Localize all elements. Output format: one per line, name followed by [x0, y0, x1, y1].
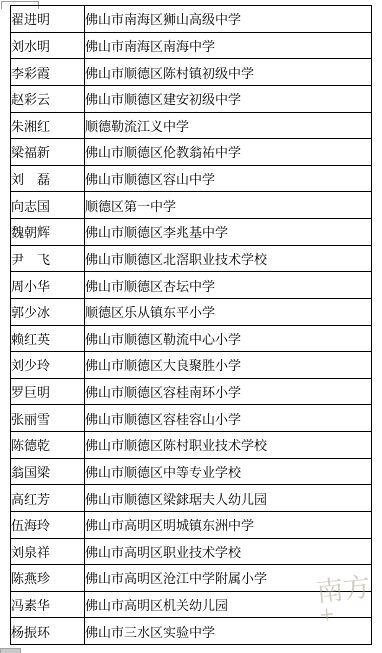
teacher-name-cell: 伍海玲	[11, 511, 85, 538]
table-row: 尹 飞佛山市顺德区北滘职业技术学校	[11, 245, 372, 272]
school-name-cell: 顺德区第一中学	[85, 192, 372, 219]
table-row: 翟进明佛山市南海区狮山高级中学	[11, 6, 372, 33]
table-row: 李彩霞佛山市顺德区陈村镇初级中学	[11, 59, 372, 86]
table-row: 魏朝辉佛山市顺德区李兆基中学	[11, 219, 372, 246]
teacher-name-cell: 朱湘红	[11, 112, 85, 139]
teacher-name-cell: 向志国	[11, 192, 85, 219]
teacher-name-cell: 赵彩云	[11, 85, 85, 112]
school-name-cell: 佛山市高明区明城镇东洲中学	[85, 511, 372, 538]
teacher-name-cell: 陈德乾	[11, 432, 85, 459]
table-row: 高红芳佛山市顺德区梁銶琚夫人幼儿园	[11, 485, 372, 512]
teacher-name-cell: 魏朝辉	[11, 219, 85, 246]
teacher-name-cell: 罗巨明	[11, 378, 85, 405]
school-name-cell: 佛山市顺德区伦教翁祐中学	[85, 139, 372, 166]
school-name-cell: 佛山市顺德区勒流中心小学	[85, 325, 372, 352]
teacher-name-cell: 翁国梁	[11, 458, 85, 485]
school-name-cell: 顺德勒流江义中学	[85, 112, 372, 139]
table-row: 杨振环佛山市三水区实验中学	[11, 618, 372, 645]
teacher-name-cell: 李彩霞	[11, 59, 85, 86]
table-row: 陈燕珍佛山市高明区沧江中学附属小学	[11, 565, 372, 592]
teacher-name-cell: 梁福新	[11, 139, 85, 166]
teacher-name-cell: 郭少冰	[11, 298, 85, 325]
teacher-name-cell: 刘水明	[11, 32, 85, 59]
table-row: 向志国顺德区第一中学	[11, 192, 372, 219]
teacher-name-cell: 高红芳	[11, 485, 85, 512]
table-row: 周小华佛山市顺德区杏坛中学	[11, 272, 372, 299]
teacher-name-cell: 刘少玲	[11, 352, 85, 379]
teacher-name-cell: 刘 磊	[11, 165, 85, 192]
teacher-name-cell: 刘泉祥	[11, 538, 85, 565]
school-name-cell: 顺德区乐从镇东平小学	[85, 298, 372, 325]
teacher-name-cell: 尹 飞	[11, 245, 85, 272]
school-name-cell: 佛山市高明区职业技术学校	[85, 538, 372, 565]
school-name-cell: 佛山市三水区实验中学	[85, 618, 372, 645]
teacher-name-cell: 杨振环	[11, 618, 85, 645]
teacher-name-cell: 陈燕珍	[11, 565, 85, 592]
school-name-cell: 佛山市顺德区北滘职业技术学校	[85, 245, 372, 272]
school-name-cell: 佛山市顺德区杏坛中学	[85, 272, 372, 299]
school-name-cell: 佛山市顺德区陈村职业技术学校	[85, 432, 372, 459]
school-name-cell: 佛山市高明区沧江中学附属小学	[85, 565, 372, 592]
teacher-name-cell: 赖红英	[11, 325, 85, 352]
teacher-name-cell: 冯素华	[11, 591, 85, 618]
table-row: 伍海玲佛山市高明区明城镇东洲中学	[11, 511, 372, 538]
table-row: 刘少玲佛山市顺德区大良聚胜小学	[11, 352, 372, 379]
school-name-cell: 佛山市南海区南海中学	[85, 32, 372, 59]
table-row: 刘水明佛山市南海区南海中学	[11, 32, 372, 59]
table-row: 罗巨明佛山市顺德区容桂南环小学	[11, 378, 372, 405]
table-row: 刘 磊佛山市顺德区容山中学	[11, 165, 372, 192]
screenshot-canvas: 翟进明佛山市南海区狮山高级中学刘水明佛山市南海区南海中学李彩霞佛山市顺德区陈村镇…	[0, 0, 382, 653]
school-name-cell: 佛山市顺德区梁銶琚夫人幼儿园	[85, 485, 372, 512]
school-name-cell: 佛山市高明区机关幼儿园	[85, 591, 372, 618]
school-name-cell: 佛山市顺德区容山中学	[85, 165, 372, 192]
cropped-fragment-bottom	[0, 648, 21, 653]
teacher-school-table: 翟进明佛山市南海区狮山高级中学刘水明佛山市南海区南海中学李彩霞佛山市顺德区陈村镇…	[10, 5, 372, 645]
school-name-cell: 佛山市顺德区中等专业学校	[85, 458, 372, 485]
school-name-cell: 佛山市顺德区容桂容山小学	[85, 405, 372, 432]
table-row: 郭少冰顺德区乐从镇东平小学	[11, 298, 372, 325]
table-row: 张丽雪佛山市顺德区容桂容山小学	[11, 405, 372, 432]
table-row: 朱湘红顺德勒流江义中学	[11, 112, 372, 139]
teacher-name-cell: 周小华	[11, 272, 85, 299]
table-row: 翁国梁佛山市顺德区中等专业学校	[11, 458, 372, 485]
school-name-cell: 佛山市南海区狮山高级中学	[85, 6, 372, 33]
teacher-name-cell: 张丽雪	[11, 405, 85, 432]
table-row: 刘泉祥佛山市高明区职业技术学校	[11, 538, 372, 565]
table-row: 梁福新佛山市顺德区伦教翁祐中学	[11, 139, 372, 166]
school-name-cell: 佛山市顺德区李兆基中学	[85, 219, 372, 246]
teacher-name-cell: 翟进明	[11, 6, 85, 33]
table-row: 冯素华佛山市高明区机关幼儿园	[11, 591, 372, 618]
school-name-cell: 佛山市顺德区大良聚胜小学	[85, 352, 372, 379]
table-row: 赵彩云佛山市顺德区建安初级中学	[11, 85, 372, 112]
school-name-cell: 佛山市顺德区陈村镇初级中学	[85, 59, 372, 86]
table-body: 翟进明佛山市南海区狮山高级中学刘水明佛山市南海区南海中学李彩霞佛山市顺德区陈村镇…	[11, 6, 372, 645]
table-row: 陈德乾佛山市顺德区陈村职业技术学校	[11, 432, 372, 459]
school-name-cell: 佛山市顺德区建安初级中学	[85, 85, 372, 112]
table-row: 赖红英佛山市顺德区勒流中心小学	[11, 325, 372, 352]
school-name-cell: 佛山市顺德区容桂南环小学	[85, 378, 372, 405]
